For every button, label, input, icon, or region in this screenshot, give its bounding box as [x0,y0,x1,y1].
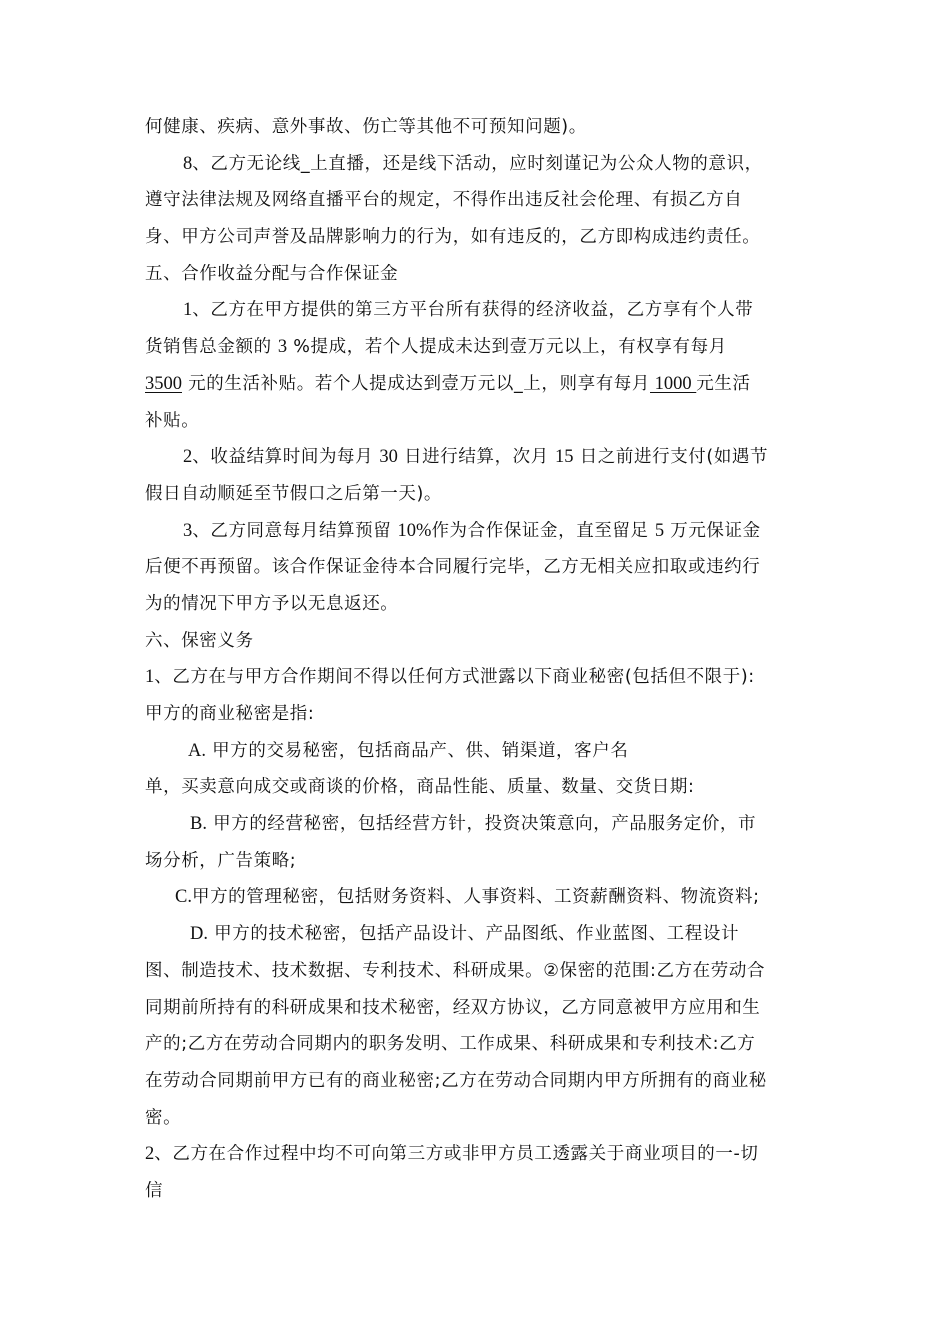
line-text: 为的情况下甲方予以无息返还。 [145,594,398,614]
line-text: 补贴。 [145,411,199,431]
text-line: 货销售总金额的 3 %提成，若个人提成未达到壹万元以上，有权享有每月 [145,329,807,366]
text-line: 甲方的商业秘密是指: [145,696,807,733]
line-text: 在劳动合同期前甲方已有的商业秘密;乙方在劳动合同期内甲方所拥有的商业秘 [145,1071,767,1091]
line-text: 甲方的经营秘密，包括经营方针，投资决策意向，产品服务定价，市 [207,814,756,834]
line-text: 日之前进行支付(如遇节 [574,447,769,467]
heading-text: 六、保密义务 [145,631,254,651]
clause-number: 1 [145,667,154,687]
line-text: 万元保证金 [664,521,761,541]
document-page: 何健康、疾病、意外事故、伤亡等其他不可预知问题)。 8、乙方无论线_上直播，还是… [145,109,807,1210]
text-line: 信 [145,1173,807,1210]
commission-rate: 3 [278,337,287,357]
item-b: B. 甲方的经营秘密，包括经营方针，投资决策意向，产品服务定价，市 [145,806,807,843]
line-text: 元的生活补贴。若个人提成达到壹万元以_上，则享有每月 [182,374,650,394]
line-text: 图、制造技术、技术数据、专利技术、科研成果。②保密的范围:乙方在劳动合 [145,961,765,981]
text-line: 在劳动合同期前甲方已有的商业秘密;乙方在劳动合同期内甲方所拥有的商业秘 [145,1063,807,1100]
line-text: 元生活 [696,374,750,394]
line-text: 、收益结算时间为每月 [192,447,379,467]
line-text: 、乙方无论线_上直播，还是线下活动，应时刻谨记为公众人物的意识， [192,154,762,174]
line-text: 、乙方在甲方提供的第三方平台所有获得的经济收益，乙方享有个人带 [192,300,753,320]
clause-6-1: 1、乙方在与甲方合作期间不得以任何方式泄露以下商业秘密(包括但不限于): [145,659,807,696]
text-line: 遵守法律法规及网络直播平台的规定，不得作出违反社会伦理、有损乙方自 [145,182,807,219]
deposit-rate: 10% [398,521,432,541]
text-line: 假日自动顺延至节假口之后第一天)。 [145,476,807,513]
item-label: D. [190,924,208,944]
item-a: A. 甲方的交易秘密，包括商品产、供、销渠道，客户名 [145,733,807,770]
line-text: 甲方的交易秘密，包括商品产、供、销渠道，客户名 [206,741,628,761]
line-text: 日进行结算，次月 [398,447,555,467]
line-text: 产的;乙方在劳动合同期内的职务发明、工作成果、科研成果和专利技术:乙方 [145,1034,755,1054]
text-line: 补贴。 [145,403,807,440]
clause-number: 3 [183,521,192,541]
clause-number: 1 [183,300,192,320]
clause-5-3: 3、乙方同意每月结算预留 10%作为合作保证金，直至留足 5 万元保证金 [145,513,807,550]
line-text: 同期前所持有的科研成果和技术秘密，经双方协议，乙方同意被甲方应用和生 [145,998,760,1018]
clause-6-2: 2、乙方在合作过程中均不可向第三方或非甲方员工透露关于商业项目的一-切 [145,1136,807,1173]
text-line: 为的情况下甲方予以无息返还。 [145,586,807,623]
heading-text: 五、合作收益分配与合作保证金 [145,264,398,284]
subsidy-amount-high: 1000 [650,374,696,394]
clause-number: 2 [145,1144,154,1164]
item-label: A. [188,741,206,761]
clause-5-2: 2、收益结算时间为每月 30 日进行结算，次月 15 日之前进行支付(如遇节 [145,439,807,476]
line-text: 甲方的商业秘密是指: [145,704,314,724]
item-d: D. 甲方的技术秘密，包括产品设计、产品图纸、作业蓝图、工程设计 [145,916,807,953]
item-label: C. [175,887,192,907]
subsidy-amount-low: 3500 [145,374,182,394]
settlement-day: 30 [379,447,398,467]
line-text: 场分析，广告策略; [145,851,296,871]
line-text: 甲方的技术秘密，包括产品设计、产品图纸、作业蓝图、工程设计 [208,924,739,944]
text-line: 产的;乙方在劳动合同期内的职务发明、工作成果、科研成果和专利技术:乙方 [145,1026,807,1063]
text-line: 单，买卖意向成交或商谈的价格，商品性能、质量、数量、交货日期: [145,769,807,806]
line-text: 货销售总金额的 [145,337,278,357]
section-heading-6: 六、保密义务 [145,623,807,660]
text-line: 后便不再预留。该合作保证金待本合同履行完毕，乙方无相关应扣取或违约行 [145,549,807,586]
line-text: 单，买卖意向成交或商谈的价格，商品性能、质量、数量、交货日期: [145,777,695,797]
clause-number: 8 [183,154,192,174]
clause-8: 8、乙方无论线_上直播，还是线下活动，应时刻谨记为公众人物的意识， [145,146,807,183]
item-c: C.甲方的管理秘密，包括财务资料、人事资料、工资薪酬资料、物流资料; [145,879,807,916]
text-line: 场分析，广告策略; [145,843,807,880]
text-line: 同期前所持有的科研成果和技术秘密，经双方协议，乙方同意被甲方应用和生 [145,990,807,1027]
line-text: 、乙方同意每月结算预留 [192,521,397,541]
line-text: 甲方的管理秘密，包括财务资料、人事资料、工资薪酬资料、物流资料; [192,887,760,907]
deposit-cap: 5 [655,521,664,541]
text-line: 3500 元的生活补贴。若个人提成达到壹万元以_上，则享有每月 1000 元生活 [145,366,807,403]
line-text: 、乙方在合作过程中均不可向第三方或非甲方员工透露关于商业项目的一-切 [154,1144,758,1164]
line-text: 信 [145,1181,163,1201]
line-text: 后便不再预留。该合作保证金待本合同履行完毕，乙方无相关应扣取或违约行 [145,557,760,577]
text-line: 身、甲方公司声誉及品牌影响力的行为，如有违反的，乙方即构成违约责任。 [145,219,807,256]
text-line: 密。 [145,1100,807,1137]
line-text: 密。 [145,1108,181,1128]
clause-5-1: 1、乙方在甲方提供的第三方平台所有获得的经济收益，乙方享有个人带 [145,292,807,329]
line-text: 假日自动顺延至节假口之后第一天)。 [145,484,442,504]
payment-day: 15 [555,447,574,467]
text-line: 何健康、疾病、意外事故、伤亡等其他不可预知问题)。 [145,109,807,146]
text-line: 图、制造技术、技术数据、专利技术、科研成果。②保密的范围:乙方在劳动合 [145,953,807,990]
line-text: 身、甲方公司声誉及品牌影响力的行为，如有违反的，乙方即构成违约责任。 [145,227,760,247]
section-heading-5: 五、合作收益分配与合作保证金 [145,256,807,293]
line-text: %提成，若个人提成未达到壹万元以上，有权享有每月 [287,337,727,357]
item-label: B. [190,814,207,834]
line-text: 作为合作保证金，直至留足 [431,521,654,541]
line-text: 遵守法律法规及网络直播平台的规定，不得作出违反社会伦理、有损乙方自 [145,190,742,210]
clause-number: 2 [183,447,192,467]
line-text: 何健康、疾病、意外事故、伤亡等其他不可预知问题)。 [145,117,587,137]
line-text: 、乙方在与甲方合作期间不得以任何方式泄露以下商业秘密(包括但不限于): [154,667,755,687]
